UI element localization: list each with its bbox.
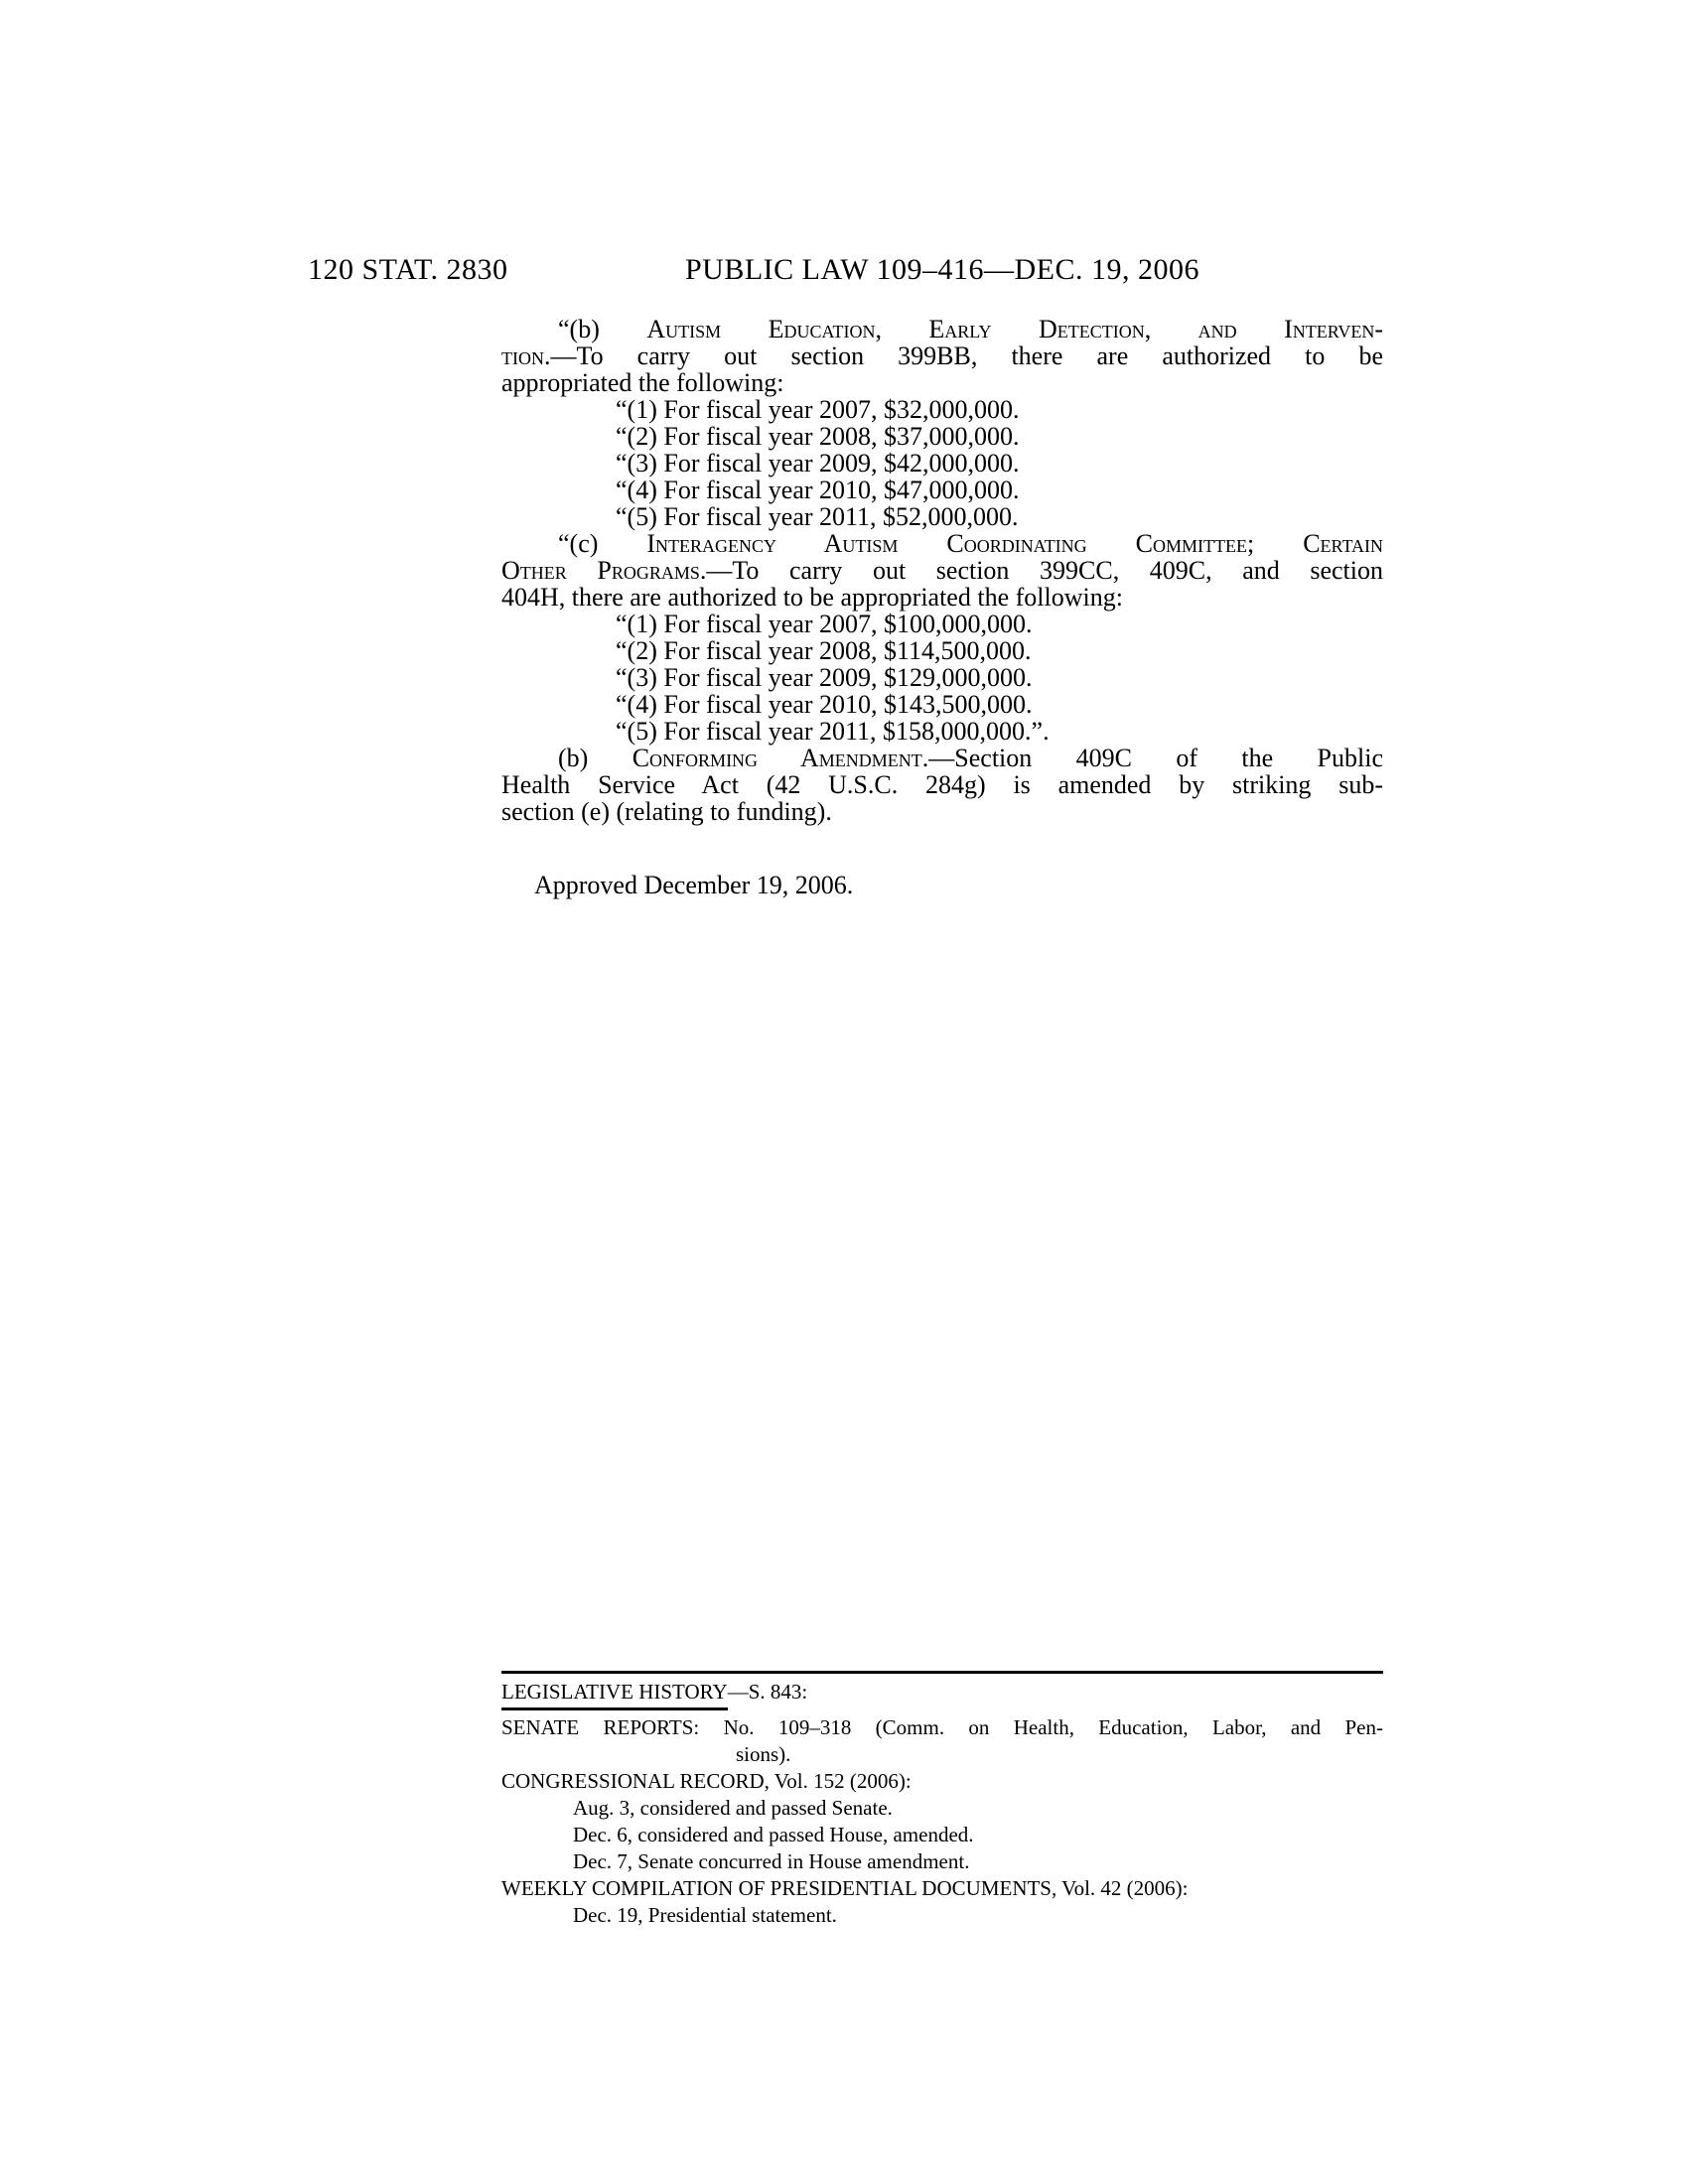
text-line: Dec. 7, Senate concurred in House amendm… xyxy=(501,1848,1383,1875)
statute-body-text: “(b) Autism Education, Early Detection, … xyxy=(501,316,1383,825)
text-line: appropriated the following: xyxy=(501,369,1383,396)
text-line: “(b) Autism Education, Early Detection, … xyxy=(501,316,1383,342)
text-line: “(5) For fiscal year 2011, $52,000,000. xyxy=(501,503,1383,530)
text-line: “(4) For fiscal year 2010, $47,000,000. xyxy=(501,477,1383,503)
text-line: “(1) For fiscal year 2007, $100,000,000. xyxy=(501,611,1383,637)
legislative-history-rule xyxy=(501,1671,1383,1674)
text-segment: .—To carry out section 399BB, there are … xyxy=(544,341,1383,370)
text-line: “(3) For fiscal year 2009, $129,000,000. xyxy=(501,664,1383,691)
text-segment: “(2) For fiscal year 2008, $114,500,000. xyxy=(616,636,1032,665)
text-segment: “(2) For fiscal year 2008, $37,000,000. xyxy=(616,422,1020,451)
running-head-law-title: PUBLIC LAW 109–416—DEC. 19, 2006 xyxy=(501,254,1383,286)
text-line: “(c) Interagency Autism Coordinating Com… xyxy=(501,530,1383,557)
text-segment: “(4) For fiscal year 2010, $47,000,000. xyxy=(616,476,1020,504)
text-segment: SENATE REPORTS: No. 109–318 (Comm. on He… xyxy=(501,1715,1383,1739)
text-line: “(4) For fiscal year 2010, $143,500,000. xyxy=(501,691,1383,718)
text-segment: Dec. 6, considered and passed House, ame… xyxy=(573,1823,974,1846)
text-segment: “(5) For fiscal year 2011, $158,000,000.… xyxy=(616,717,1050,746)
text-line: tion.—To carry out section 399BB, there … xyxy=(501,342,1383,369)
text-segment: “(4) For fiscal year 2010, $143,500,000. xyxy=(616,690,1033,719)
small-caps-text: Conforming Amendment xyxy=(633,744,922,772)
text-segment: appropriated the following: xyxy=(501,368,783,397)
small-caps-text: Interagency Autism Coordinating Committe… xyxy=(646,529,1383,558)
text-line: “(2) For fiscal year 2008, $114,500,000. xyxy=(501,637,1383,664)
text-line: CONGRESSIONAL RECORD, Vol. 152 (2006): xyxy=(501,1768,1383,1795)
text-line: Health Service Act (42 U.S.C. 284g) is a… xyxy=(501,771,1383,798)
text-segment: .—To carry out section 399CC, 409C, and … xyxy=(700,556,1383,585)
text-segment: “(3) For fiscal year 2009, $129,000,000. xyxy=(616,663,1033,692)
text-line: Dec. 19, Presidential statement. xyxy=(501,1902,1383,1929)
text-line: “(3) For fiscal year 2009, $42,000,000. xyxy=(501,450,1383,477)
text-segment: “(b) xyxy=(558,315,646,343)
small-caps-text: tion xyxy=(501,341,544,370)
text-line: SENATE REPORTS: No. 109–318 (Comm. on He… xyxy=(501,1714,1383,1741)
text-line: “(2) For fiscal year 2008, $37,000,000. xyxy=(501,423,1383,450)
text-segment: CONGRESSIONAL RECORD, Vol. 152 (2006): xyxy=(501,1769,912,1793)
small-caps-text: Autism Education, Early Detection, and I… xyxy=(646,315,1383,343)
small-caps-text: Other Programs xyxy=(501,556,700,585)
text-line: “(5) For fiscal year 2011, $158,000,000.… xyxy=(501,718,1383,745)
legislative-history-entries: SENATE REPORTS: No. 109–318 (Comm. on He… xyxy=(501,1714,1383,1929)
text-segment: “(3) For fiscal year 2009, $42,000,000. xyxy=(616,449,1020,478)
statute-page: 120 STAT. 2830 PUBLIC LAW 109–416—DEC. 1… xyxy=(0,0,1688,2184)
text-line: (b) Conforming Amendment.—Section 409C o… xyxy=(501,745,1383,771)
text-segment: sions). xyxy=(736,1742,790,1766)
legislative-history-title-underlined: LEGISLATIVE HISTORY xyxy=(501,1680,728,1710)
text-segment: “(c) xyxy=(558,529,646,558)
text-segment: Health Service Act (42 U.S.C. 284g) is a… xyxy=(501,770,1383,799)
text-segment: 404H, there are authorized to be appropr… xyxy=(501,583,1123,612)
text-line: section (e) (relating to funding). xyxy=(501,798,1383,825)
text-segment: .—Section 409C of the Public xyxy=(922,744,1383,772)
text-segment: section (e) (relating to funding). xyxy=(501,797,832,826)
text-line: WEEKLY COMPILATION OF PRESIDENTIAL DOCUM… xyxy=(501,1875,1383,1902)
text-segment: Aug. 3, considered and passed Senate. xyxy=(573,1796,893,1820)
text-line: Aug. 3, considered and passed Senate. xyxy=(501,1795,1383,1822)
text-line: “(1) For fiscal year 2007, $32,000,000. xyxy=(501,396,1383,423)
text-segment: Dec. 19, Presidential statement. xyxy=(573,1903,837,1927)
legislative-history-title: LEGISLATIVE HISTORY—S. 843: xyxy=(501,1679,807,1705)
text-segment: “(5) For fiscal year 2011, $52,000,000. xyxy=(616,502,1019,531)
approval-date-line: Approved December 19, 2006. xyxy=(534,872,853,898)
text-segment: Dec. 7, Senate concurred in House amendm… xyxy=(573,1849,969,1873)
text-segment: (b) xyxy=(558,744,633,772)
text-segment: “(1) For fiscal year 2007, $100,000,000. xyxy=(616,610,1033,638)
text-segment: “(1) For fiscal year 2007, $32,000,000. xyxy=(616,395,1020,424)
legislative-history-title-bill-number: —S. 843: xyxy=(728,1680,808,1704)
text-line: 404H, there are authorized to be appropr… xyxy=(501,584,1383,611)
page-number-stat: 120 STAT. 2830 xyxy=(308,254,508,286)
text-line: Dec. 6, considered and passed House, ame… xyxy=(501,1822,1383,1848)
text-line: Other Programs.—To carry out section 399… xyxy=(501,557,1383,584)
text-segment: WEEKLY COMPILATION OF PRESIDENTIAL DOCUM… xyxy=(501,1876,1188,1900)
text-line: sions). xyxy=(501,1741,1383,1768)
